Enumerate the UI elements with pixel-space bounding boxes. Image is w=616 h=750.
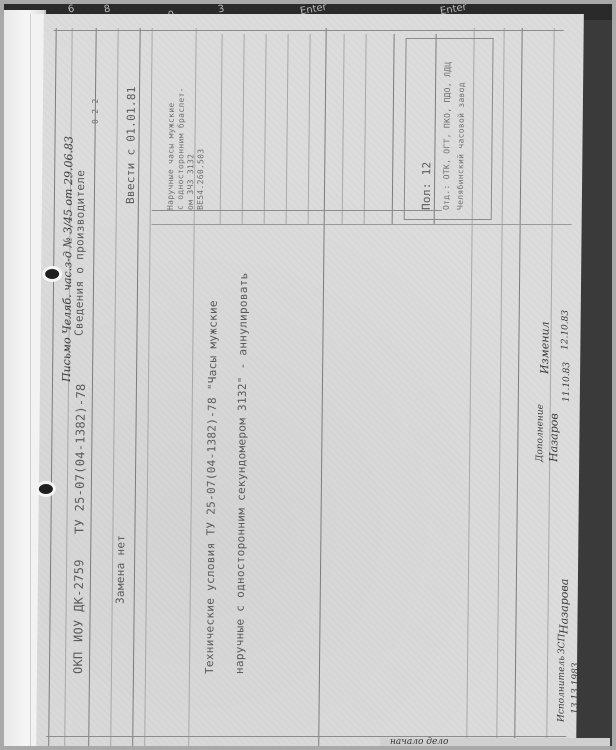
rule-line [308, 34, 311, 224]
manufacturer-info-label: Сведения о производителе [72, 170, 87, 336]
rule-line [88, 28, 97, 750]
product-name-line: ВЕ54.260.503 [196, 149, 206, 210]
rule-line [286, 34, 289, 224]
signature-role: Исполнитель [556, 656, 567, 722]
rule-line [188, 28, 197, 750]
rule-line [392, 34, 395, 224]
punch-hole [45, 269, 59, 279]
rule-line [342, 34, 345, 224]
product-name-line: с односторонним браслет- [176, 87, 186, 210]
rule-line [48, 28, 57, 750]
main-statement-line: наручные с односторонним секундомером 31… [233, 272, 250, 674]
spec-number: ТУ 25-07(04-1382)-78 [72, 384, 88, 535]
rule-line [220, 34, 223, 224]
product-designation: ИОУ ДК-2759 [71, 559, 86, 642]
next-card-text: начало дело [390, 737, 448, 747]
effective-date: Ввести с 01.01.81 [124, 86, 138, 204]
signature-date: 12.10.83 [560, 310, 570, 350]
distribution-departments: Отд.: ОТК, ОГТ, ПКО, ПДО, ЛДЦ [442, 62, 453, 210]
signature-role: Изменил [538, 321, 552, 374]
signature-name: Назарова [557, 579, 571, 634]
okp-label: ОКП [71, 651, 85, 674]
signature-note: ЗСП [557, 634, 567, 654]
rule-line [364, 34, 367, 224]
rule-line [546, 28, 555, 750]
rule-line [144, 28, 153, 750]
plant-name: Челябинский часовой завод [456, 82, 466, 210]
signature-name: Назаров [547, 413, 561, 462]
rule-line [242, 34, 245, 224]
punch-hole [39, 484, 53, 494]
product-name-line: Наручные часы мужские [166, 103, 176, 210]
rule-line [54, 30, 564, 31]
rule-line [46, 736, 566, 737]
page-count: Пол: 12 [420, 162, 434, 210]
rule-line [110, 28, 119, 750]
rule-line [514, 28, 523, 750]
registration-card: ОКП ИОУ ДК-2759 ТУ 25-07(04-1382)-78 0 2… [36, 14, 584, 750]
signature-date: 11.10.83 [562, 362, 572, 402]
replacement-note: Замена нет [114, 535, 128, 604]
rule-line [152, 224, 572, 225]
rule-line [152, 210, 442, 211]
rule-line [496, 28, 505, 750]
center-fold [318, 28, 327, 750]
product-name-line: ом ЗЧЗ 3132 [186, 154, 196, 210]
signature-date: 13.13 1983 [571, 662, 582, 714]
rule-line [264, 34, 267, 224]
signature-role: Дополнение [535, 404, 546, 462]
main-statement-line: Технические условия ТУ 25-07(04-1382)-78… [203, 300, 220, 674]
corner-digits: 0 2 2 [91, 98, 100, 124]
